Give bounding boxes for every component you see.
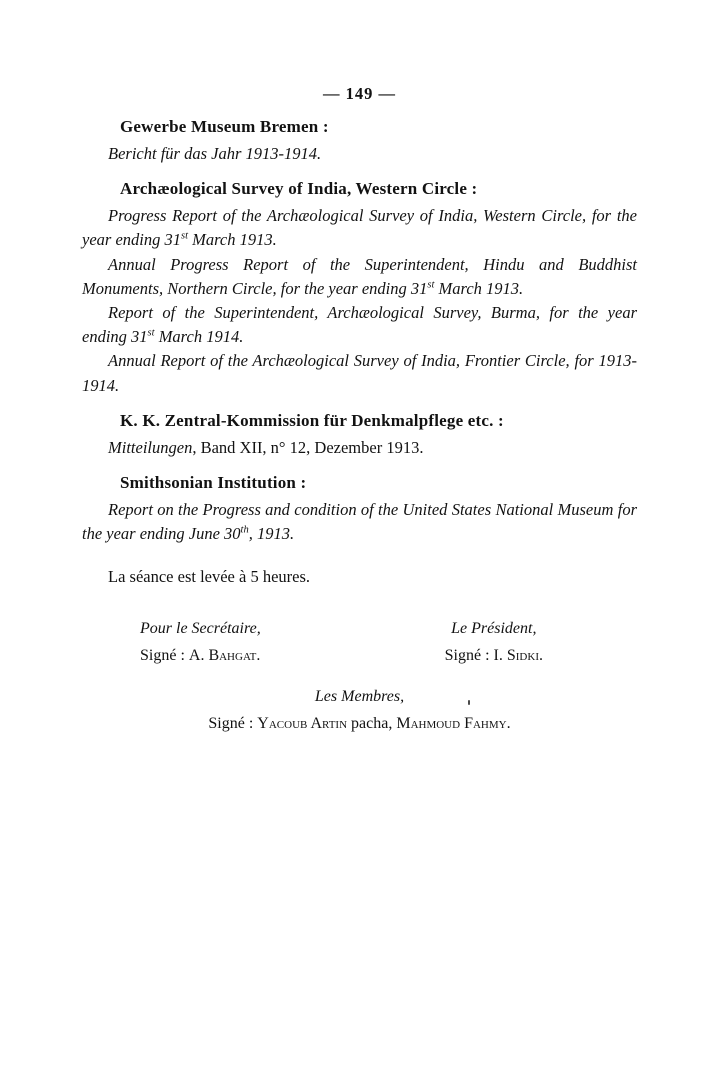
entry-text: , Band XII, n° 12, Dezember 1913. <box>192 438 423 457</box>
signature-secretary: Pour le Secrétaire, Signé : A. Bahgat. <box>140 618 261 666</box>
entry-text: , 1913. <box>249 524 294 543</box>
report-section: Smithsonian Institution :Report on the P… <box>82 473 637 546</box>
entry-text: Report on the Progress and condition of … <box>82 500 637 543</box>
signed-name: A. Bahgat. <box>189 647 261 664</box>
report-section: Archæological Survey of India, Western C… <box>82 179 637 398</box>
signed-label: Signé : <box>208 715 257 732</box>
section-heading: K. K. Zentral-Kommission für Denkmalpfle… <box>120 411 637 431</box>
signed-label: Signé : <box>445 647 494 664</box>
ordinal-superscript: st <box>148 328 155 339</box>
entry-text: Annual Progress Report of the Superinten… <box>82 255 637 298</box>
report-entry: Report of the Superintendent, Archæologi… <box>82 301 637 349</box>
entry-text: Mitteilungen <box>108 438 192 457</box>
report-section: Gewerbe Museum Bremen :Bericht für das J… <box>82 117 637 166</box>
report-entry: Report on the Progress and condition of … <box>82 498 637 546</box>
signature-signed-line: Signé : Yacoub Artin pacha, Mahmoud Fahm… <box>82 713 637 734</box>
signed-title: pacha, <box>347 715 396 732</box>
entry-text: March 1913. <box>188 230 277 249</box>
signature-signed-line: Signé : A. Bahgat. <box>140 645 261 666</box>
signed-name: I. Sidki. <box>494 647 543 664</box>
report-section: K. K. Zentral-Kommission für Denkmalpfle… <box>82 411 637 460</box>
signed-name: Yacoub Artin <box>257 715 347 732</box>
entry-text: Progress Report of the Archæological Sur… <box>82 206 637 249</box>
signature-role: Pour le Secrétaire, <box>140 618 261 639</box>
closing-line: La séance est levée à 5 heures. <box>82 566 637 588</box>
scan-speck <box>468 700 470 705</box>
document-page: — 149 — Gewerbe Museum Bremen :Bericht f… <box>0 0 720 1082</box>
entry-text: Annual Report of the Archæological Surve… <box>82 351 637 394</box>
entry-text: March 1913. <box>434 279 523 298</box>
ordinal-superscript: st <box>181 231 188 242</box>
signature-role: Le Président, <box>445 618 543 639</box>
report-entry: Annual Report of the Archæological Surve… <box>82 349 637 397</box>
signature-block: Pour le Secrétaire, Signé : A. Bahgat. L… <box>82 618 637 666</box>
page-content: — 149 — Gewerbe Museum Bremen :Bericht f… <box>0 0 720 734</box>
sections: Gewerbe Museum Bremen :Bericht für das J… <box>82 117 637 546</box>
page-number: — 149 — <box>82 84 637 104</box>
entry-text: March 1914. <box>155 327 244 346</box>
section-heading: Smithsonian Institution : <box>120 473 637 493</box>
signed-label: Signé : <box>140 647 189 664</box>
report-entry: Annual Progress Report of the Superinten… <box>82 253 637 301</box>
section-heading: Archæological Survey of India, Western C… <box>120 179 637 199</box>
ordinal-superscript: th <box>241 525 249 536</box>
report-entry: Progress Report of the Archæological Sur… <box>82 204 637 252</box>
signature-members: Les Membres, Signé : Yacoub Artin pacha,… <box>82 686 637 734</box>
entry-text: Bericht für das Jahr 1913-1914. <box>108 144 321 163</box>
signature-president: Le Président, Signé : I. Sidki. <box>445 618 543 666</box>
report-entry: Bericht für das Jahr 1913-1914. <box>82 142 637 166</box>
signature-signed-line: Signé : I. Sidki. <box>445 645 543 666</box>
report-entry: Mitteilungen, Band XII, n° 12, Dezember … <box>82 436 637 460</box>
signed-name: Mahmoud Fahmy. <box>396 715 510 732</box>
signature-role: Les Membres, <box>82 686 637 707</box>
section-heading: Gewerbe Museum Bremen : <box>120 117 637 137</box>
